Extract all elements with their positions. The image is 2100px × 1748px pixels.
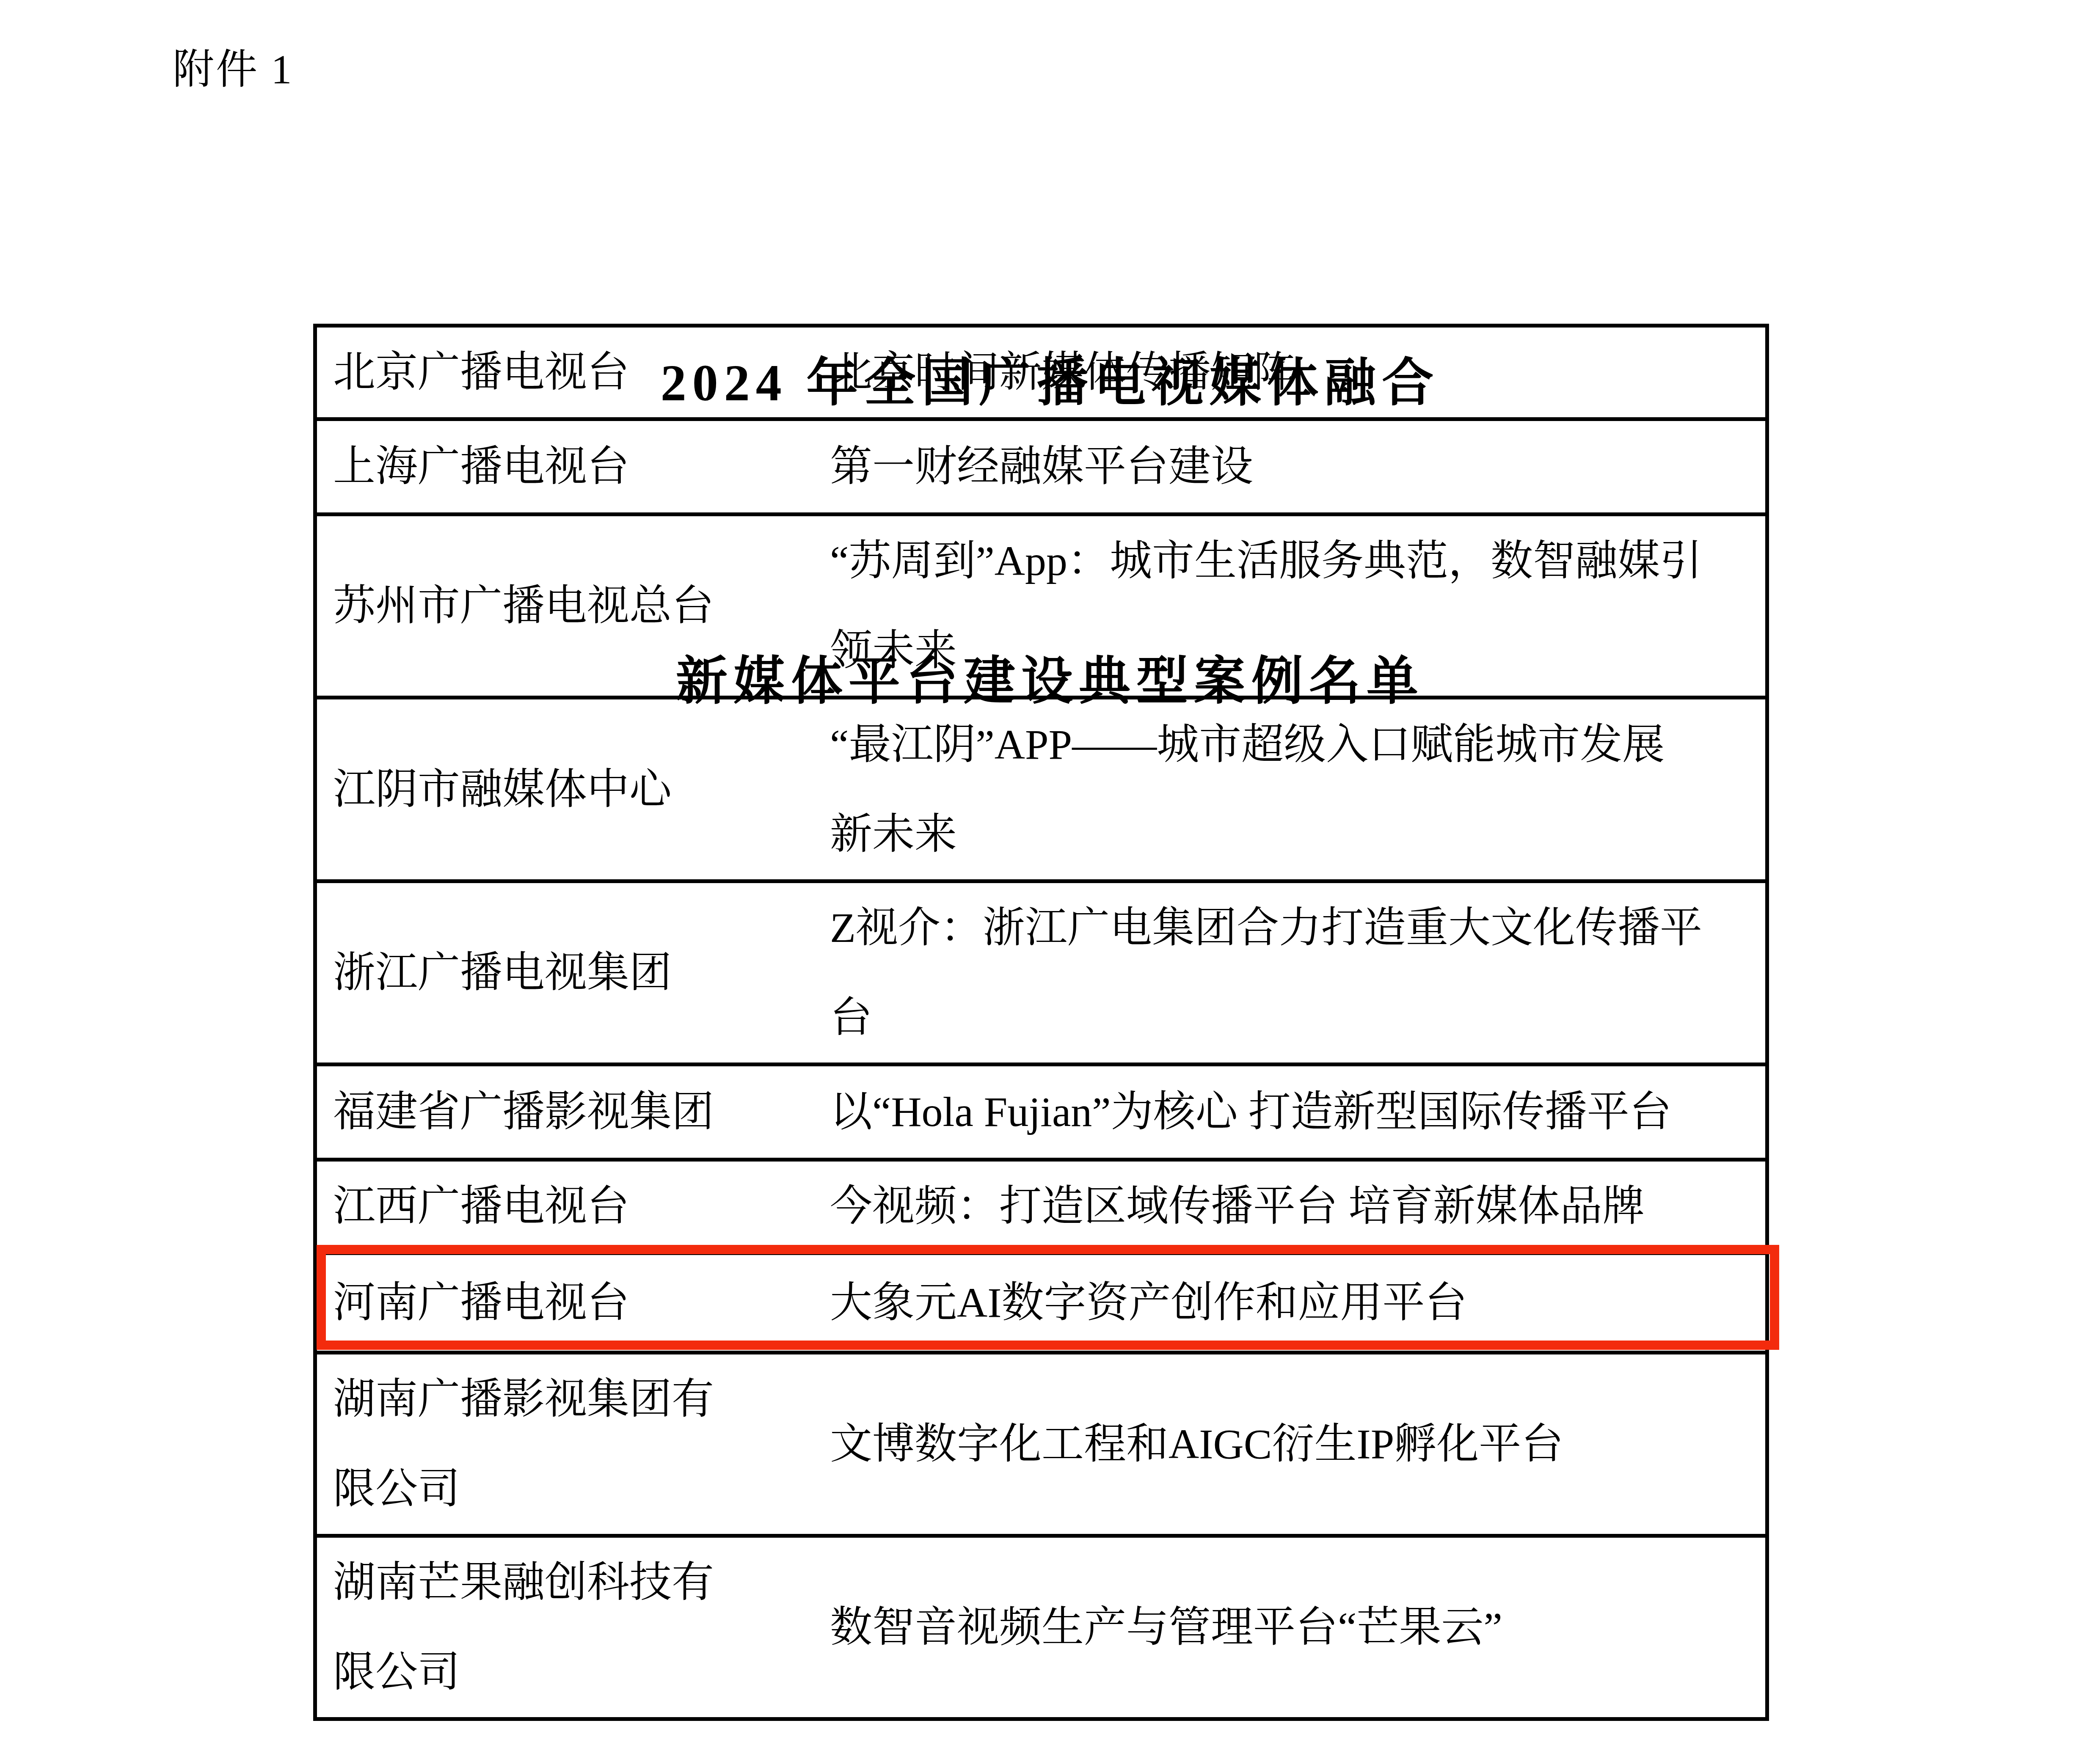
table-row-highlighted: 河南广播电视台 大象元AI数字资产创作和应用平台	[315, 1253, 1767, 1353]
case-cell: Z视介：浙江广电集团合力打造重大文化传播平 台	[824, 881, 1767, 1065]
document-page: 附件 1 2024 年全国广播电视媒体融合 新媒体平台建设典型案例名单 北京广播…	[0, 0, 2100, 1748]
case-cell: 文博数字化工程和AIGC衍生IP孵化平台	[824, 1353, 1767, 1536]
org-cell: 浙江广播电视集团	[315, 881, 824, 1065]
table-row: 江西广播电视台 今视频：打造区域传播平台 培育新媒体品牌	[315, 1160, 1767, 1253]
table-row: 浙江广播电视集团 Z视介：浙江广电集团合力打造重大文化传播平 台	[315, 881, 1767, 1065]
attachment-label: 附件 1	[173, 42, 294, 97]
org-cell: 江阴市融媒体中心	[315, 698, 824, 881]
org-cell: 苏州市广播电视总台	[315, 515, 824, 698]
table-row: 江阴市融媒体中心 “最江阴”APP——城市超级入口赋能城市发展 新未来	[315, 698, 1767, 881]
case-cell: 今视频：打造区域传播平台 培育新媒体品牌	[824, 1160, 1767, 1253]
table-row: 湖南广播影视集团有 限公司 文博数字化工程和AIGC衍生IP孵化平台	[315, 1353, 1767, 1536]
org-cell: 江西广播电视台	[315, 1160, 824, 1253]
org-cell: 福建省广播影视集团	[315, 1065, 824, 1160]
case-cell: “最江阴”APP——城市超级入口赋能城市发展 新未来	[824, 698, 1767, 881]
case-cell: 数智音视频生产与管理平台“芒果云”	[824, 1536, 1767, 1719]
case-cell: 第一财经融媒平台建设	[824, 419, 1767, 515]
org-cell: 北京广播电视台	[315, 326, 824, 419]
org-cell: 湖南广播影视集团有 限公司	[315, 1353, 824, 1536]
org-cell: 河南广播电视台	[315, 1253, 824, 1353]
case-cell: 大象元AI数字资产创作和应用平台	[824, 1253, 1767, 1353]
case-cell: 以“Hola Fujian”为核心 打造新型国际传播平台	[824, 1065, 1767, 1160]
table-row: 福建省广播影视集团 以“Hola Fujian”为核心 打造新型国际传播平台	[315, 1065, 1767, 1160]
org-cell: 湖南芒果融创科技有 限公司	[315, 1536, 824, 1719]
cases-table: 北京广播电视台 北京时间新媒体传播矩阵 上海广播电视台 第一财经融媒平台建设 苏…	[313, 324, 1769, 1721]
table-row: 上海广播电视台 第一财经融媒平台建设	[315, 419, 1767, 515]
case-cell: “苏周到”App：城市生活服务典范，数智融媒引 领未来	[824, 515, 1767, 698]
table-row: 北京广播电视台 北京时间新媒体传播矩阵	[315, 326, 1767, 419]
org-cell: 上海广播电视台	[315, 419, 824, 515]
case-cell: 北京时间新媒体传播矩阵	[824, 326, 1767, 419]
table-row: 苏州市广播电视总台 “苏周到”App：城市生活服务典范，数智融媒引 领未来	[315, 515, 1767, 698]
table-row: 湖南芒果融创科技有 限公司 数智音视频生产与管理平台“芒果云”	[315, 1536, 1767, 1719]
